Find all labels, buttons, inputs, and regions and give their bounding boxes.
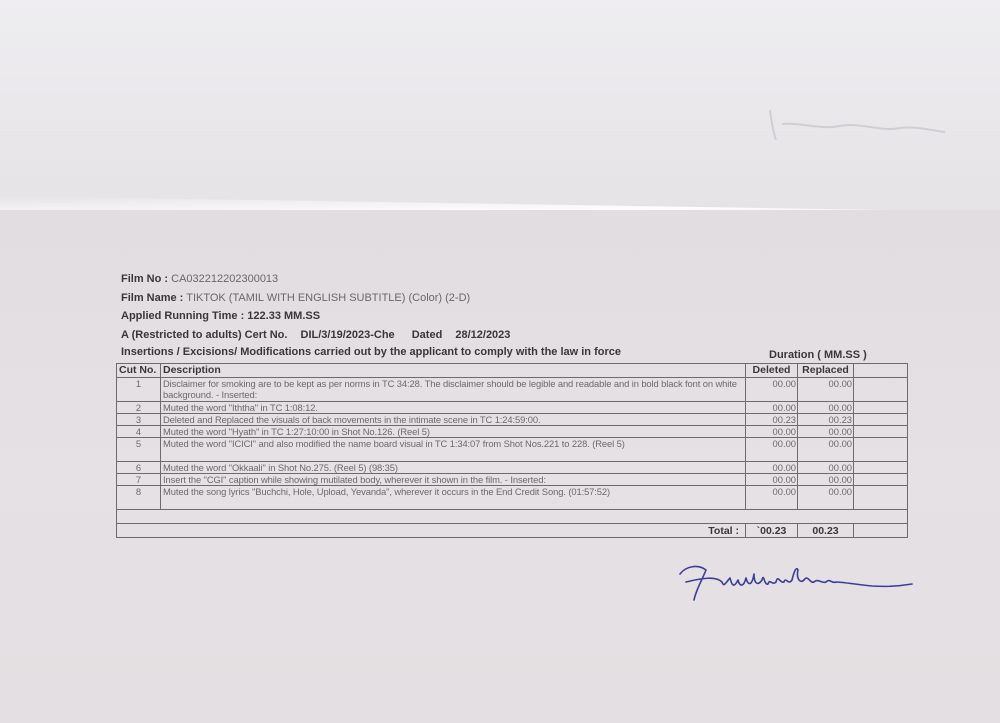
deleted-duration: 00.00 — [746, 426, 798, 438]
table-row: 7Insert the "CGI" caption while showing … — [117, 474, 908, 486]
film-name-value: TIKTOK (TAMIL WITH ENGLISH SUBTITLE) (Co… — [186, 292, 470, 304]
cut-description: Muted the song lyrics "Buchchi, Hole, Up… — [161, 486, 746, 510]
cut-description: Insert the "CGI" caption while showing m… — [161, 474, 746, 486]
dated-label: Dated — [412, 329, 443, 341]
cut-description: Muted the word "Okkaali" in Shot No.275.… — [161, 462, 746, 474]
blank-cell — [117, 510, 746, 524]
empty-cell — [854, 462, 908, 474]
modifications-section-title: Insertions / Excisions/ Modifications ca… — [121, 346, 621, 358]
deleted-duration: 00.00 — [746, 462, 798, 474]
cert-no-value: DIL/3/19/2023-Che — [301, 329, 395, 341]
table-row: 1Disclaimer for smoking are to be kept a… — [117, 378, 908, 402]
cut-description: Muted the word "Iththa" in TC 1:08:12. — [161, 402, 746, 414]
cut-number: 1 — [117, 378, 161, 402]
cut-number: 6 — [117, 462, 161, 474]
cut-description: Disclaimer for smoking are to be kept as… — [161, 378, 746, 402]
table-row: 4Muted the word "Hyath" in TC 1:27:10:00… — [117, 426, 908, 438]
running-time-value: 122.33 MM.SS — [247, 310, 320, 322]
total-label: Total : — [117, 524, 746, 538]
film-details: Film No : CA032212202300013 Film Name : … — [121, 270, 921, 344]
header-empty — [854, 364, 908, 378]
header-description: Description — [161, 364, 746, 378]
empty-cell — [854, 378, 908, 402]
film-no-label: Film No : — [121, 273, 168, 285]
faint-stamp-mark — [760, 100, 950, 150]
empty-cell — [854, 438, 908, 462]
empty-cell — [854, 486, 908, 510]
certificate-line: A (Restricted to adults) Cert No. DIL/3/… — [121, 326, 921, 345]
deleted-duration: 00.23 — [746, 414, 798, 426]
deleted-duration: 00.00 — [746, 402, 798, 414]
film-no-line: Film No : CA032212202300013 — [121, 270, 921, 289]
deleted-duration: 00.00 — [746, 486, 798, 510]
header-deleted: Deleted — [746, 364, 798, 378]
cut-number: 2 — [117, 402, 161, 414]
replaced-duration: 00.00 — [798, 402, 854, 414]
table-row: 2Muted the word "Iththa" in TC 1:08:12.0… — [117, 402, 908, 414]
replaced-duration: 00.00 — [798, 426, 854, 438]
empty-cell — [854, 402, 908, 414]
film-no-value: CA032212202300013 — [171, 273, 278, 285]
cut-description: Muted the word "ICICI" and also modified… — [161, 438, 746, 462]
deleted-duration: 00.00 — [746, 474, 798, 486]
table-header-row: Cut No. Description Deleted Replaced — [117, 364, 908, 378]
replaced-duration: 00.23 — [798, 414, 854, 426]
cut-number: 3 — [117, 414, 161, 426]
cut-description: Deleted and Replaced the visuals of back… — [161, 414, 746, 426]
replaced-duration: 00.00 — [798, 462, 854, 474]
duration-title: Duration ( MM.SS ) — [769, 349, 867, 361]
running-time-label: Applied Running Time : — [121, 310, 244, 322]
total-empty — [854, 524, 908, 538]
cut-number: 4 — [117, 426, 161, 438]
empty-cell — [854, 414, 908, 426]
empty-cell — [854, 426, 908, 438]
deleted-duration: 00.00 — [746, 378, 798, 402]
table-row: 6Muted the word "Okkaali" in Shot No.275… — [117, 462, 908, 474]
replaced-duration: 00.00 — [798, 486, 854, 510]
cut-number: 7 — [117, 474, 161, 486]
total-row: Total : `00.23 00.23 — [117, 524, 908, 538]
table-row: 8Muted the song lyrics "Buchchi, Hole, U… — [117, 486, 908, 510]
blank-cell — [746, 510, 908, 524]
deleted-duration: 00.00 — [746, 438, 798, 462]
empty-cell — [854, 474, 908, 486]
cuts-table: Cut No. Description Deleted Replaced 1Di… — [116, 363, 908, 538]
table-row: 5Muted the word "ICICI" and also modifie… — [117, 438, 908, 462]
header-cut-no: Cut No. — [117, 364, 161, 378]
cert-label: A (Restricted to adults) Cert No. — [121, 329, 287, 341]
total-deleted: `00.23 — [746, 524, 798, 538]
total-replaced: 00.23 — [798, 524, 854, 538]
table-row: 3Deleted and Replaced the visuals of bac… — [117, 414, 908, 426]
replaced-duration: 00.00 — [798, 438, 854, 462]
header-replaced: Replaced — [798, 364, 854, 378]
film-name-label: Film Name : — [121, 292, 183, 304]
signature — [672, 560, 922, 610]
replaced-duration: 00.00 — [798, 378, 854, 402]
film-name-line: Film Name : TIKTOK (TAMIL WITH ENGLISH S… — [121, 289, 921, 308]
running-time-line: Applied Running Time : 122.33 MM.SS — [121, 307, 921, 326]
cut-number: 5 — [117, 438, 161, 462]
cut-description: Muted the word "Hyath" in TC 1:27:10:00 … — [161, 426, 746, 438]
cut-number: 8 — [117, 486, 161, 510]
blank-row — [117, 510, 908, 524]
replaced-duration: 00.00 — [798, 474, 854, 486]
dated-value: 28/12/2023 — [455, 329, 510, 341]
